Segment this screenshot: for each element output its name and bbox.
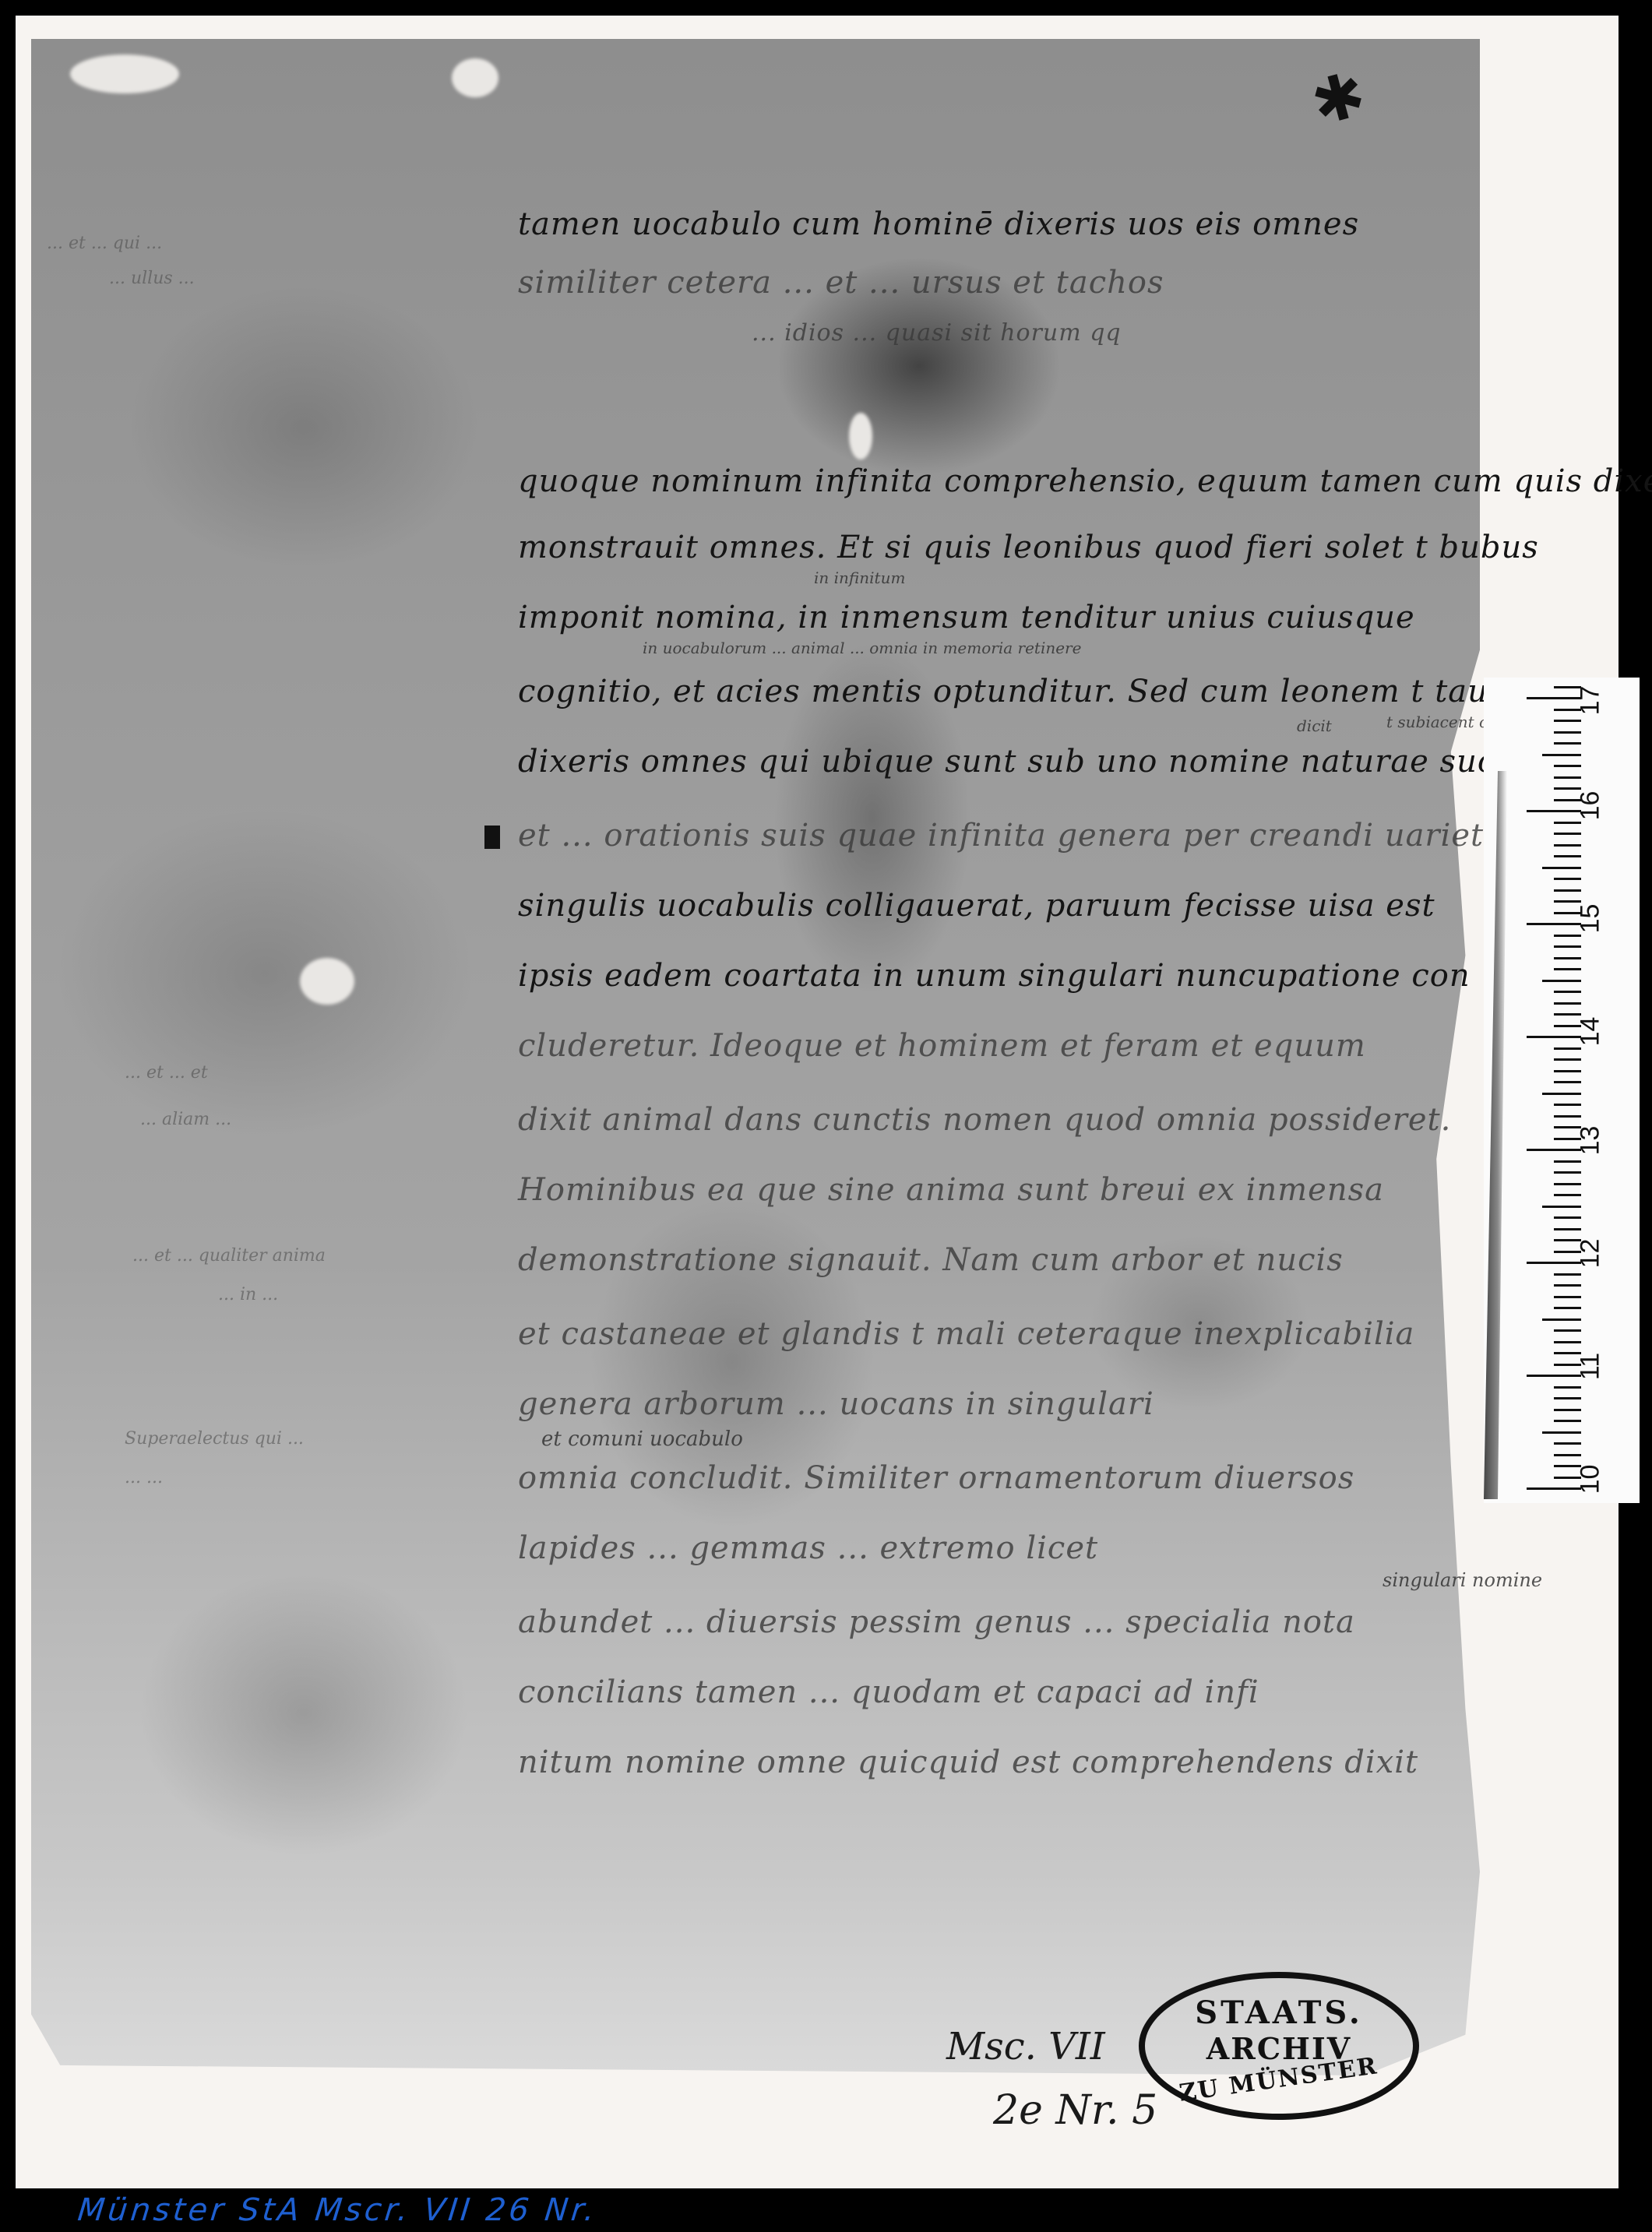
stamp-line-1: STAATS.: [1195, 1994, 1363, 2031]
text-line: demonstratione signauit. Nam cum arbor e…: [518, 1242, 1344, 1278]
ruler-tick: [1554, 1104, 1581, 1106]
ruler-tick: [1554, 1058, 1581, 1061]
ruler-tick: [1554, 1296, 1581, 1298]
ruler-tick: [1542, 980, 1581, 982]
ruler-tick: [1554, 1183, 1581, 1185]
ruler-tick: [1554, 968, 1581, 970]
interlinear-gloss: singulari nomine: [1383, 1569, 1542, 1591]
ruler-tick: [1527, 1262, 1581, 1264]
ruler-tick: [1554, 1160, 1581, 1163]
ruler-tick: [1554, 1216, 1581, 1219]
ruler-tick: [1542, 754, 1581, 756]
ruler-tick: [1527, 1487, 1581, 1490]
ruler-tick: [1554, 991, 1581, 993]
ruler-tick: [1554, 742, 1581, 745]
ruler-label: 10: [1576, 1456, 1606, 1503]
ruler-tick: [1554, 889, 1581, 892]
ruler-tick: [1554, 1273, 1581, 1276]
text-line: Hominibus ea que sine anima sunt breui e…: [518, 1172, 1384, 1208]
ruler-tick: [1554, 912, 1581, 914]
parchment-hole: [300, 958, 354, 1005]
ruler-tick: [1554, 1477, 1581, 1479]
ruler-tick: [1554, 1081, 1581, 1083]
ruler-tick: [1554, 1284, 1581, 1287]
ruler-tick: [1554, 1442, 1581, 1445]
text-line: quoque nominum infinita comprehensio, eq…: [518, 463, 1652, 499]
ruler-tick: [1527, 923, 1581, 925]
shelfmark-line-2: 2e Nr. 5: [993, 2087, 1157, 2134]
ruler-label: 13: [1576, 1118, 1606, 1164]
ruler-tick: [1554, 878, 1581, 880]
ruler-tick: [1554, 1228, 1581, 1230]
parchment-hole: [452, 58, 498, 97]
margin-gloss: ... aliam ...: [140, 1110, 231, 1129]
ruler-tick: [1554, 900, 1581, 903]
ruler-tick: [1554, 855, 1581, 857]
ruler-tick: [1542, 1093, 1581, 1095]
interlinear-gloss: et comuni uocabulo: [541, 1428, 743, 1451]
margin-gloss: Superaelectus qui ...: [125, 1429, 304, 1449]
archive-stamp: STAATS. ARCHIV ZU MÜNSTER: [1139, 1972, 1419, 2120]
ruler-tick: [1554, 709, 1581, 711]
ruler-tick: [1554, 833, 1581, 835]
text-line: nitum nomine omne quicquid est comprehen…: [518, 1744, 1418, 1780]
ruler-tick: [1554, 1013, 1581, 1016]
text-line: lapides ... gemmas ... extremo licet: [518, 1530, 1098, 1566]
ruler-label: 12: [1576, 1230, 1606, 1277]
ruler-label: 11: [1576, 1343, 1606, 1390]
ruler-tick: [1527, 810, 1581, 812]
ruler-tick: [1542, 1318, 1581, 1321]
ruler-tick: [1554, 1171, 1581, 1174]
margin-gloss: ... et ... qui ...: [47, 234, 162, 253]
margin-gloss: ... et ... qualiter anima: [132, 1246, 326, 1266]
ruler-tick: [1554, 1329, 1581, 1332]
interlinear-gloss: dicit: [1297, 716, 1332, 735]
text-line: cluderetur. Ideoque et hominem et feram …: [518, 1028, 1366, 1064]
paragraph-mark: [484, 826, 500, 849]
ruler-tick: [1554, 776, 1581, 779]
ruler-tick: [1554, 935, 1581, 937]
margin-gloss: ... et ... et: [125, 1063, 208, 1083]
ruler-tick: [1542, 1431, 1581, 1434]
text-line: dixeris omnes qui ubique sunt sub uno no…: [518, 744, 1601, 780]
interlinear-gloss: in uocabulorum ... animal ... omnia in m…: [643, 639, 1081, 657]
ruler-tick: [1554, 1397, 1581, 1399]
ruler-tick: [1554, 1251, 1581, 1253]
ruler-tick: [1554, 1194, 1581, 1196]
text-line: ipsis eadem coartata in unum singulari n…: [518, 958, 1471, 994]
text-line: cognitio, et acies mentis optunditur. Se…: [518, 674, 1555, 709]
text-line: similiter cetera ... et ... ursus et tac…: [518, 265, 1164, 301]
handwritten-caption: Münster StA Mscr. VII 26 Nr.: [76, 2192, 600, 2228]
text-line: genera arborum ... uocans in singulari: [518, 1386, 1154, 1422]
ruler-tick: [1554, 844, 1581, 847]
ruler-tick: [1554, 1126, 1581, 1128]
ruler-label: 17: [1576, 678, 1606, 724]
ruler-tick: [1554, 1352, 1581, 1354]
text-line: et ... orationis suis quae infinita gene…: [518, 818, 1536, 854]
ruler-tick: [1554, 1138, 1581, 1140]
margin-gloss: ... ullus ...: [109, 269, 195, 288]
text-line: dixit animal dans cunctis nomen quod omn…: [518, 1102, 1451, 1138]
margin-gloss: ... ...: [125, 1468, 163, 1487]
ruler-tick: [1554, 1364, 1581, 1366]
ruler-tick: [1554, 765, 1581, 767]
ruler-tick: [1554, 957, 1581, 959]
ruler-tick: [1554, 1047, 1581, 1050]
interlinear-gloss: in infinitum: [814, 569, 905, 587]
shelfmark-line-1: Msc. VII: [946, 2025, 1105, 2068]
ruler-tick: [1554, 731, 1581, 734]
ruler-tick: [1554, 1420, 1581, 1422]
text-line: omnia concludit. Similiter ornamentorum …: [518, 1460, 1354, 1496]
text-line: concilians tamen ... quodam et capaci ad…: [518, 1674, 1259, 1710]
ruler-tick: [1554, 720, 1581, 722]
ruler-ticks: 10 11 12 13 14 15 16 17: [1511, 685, 1604, 1495]
ruler-tick: [1554, 1454, 1581, 1456]
text-line: abundet ... diuersis pessim genus ... sp…: [518, 1604, 1355, 1640]
ruler-tick: [1527, 1036, 1581, 1038]
ruler-tick: [1554, 1002, 1581, 1005]
ruler-tick: [1527, 697, 1581, 699]
ruler-tick: [1554, 1115, 1581, 1118]
text-line: ... idios ... quasi sit horum qq: [752, 319, 1122, 347]
text-line: monstrauit omnes. Et si quis leonibus qu…: [518, 530, 1539, 565]
ruler-tick: [1527, 1149, 1581, 1151]
ruler-tick: [1554, 1386, 1581, 1389]
ruler-tick: [1554, 822, 1581, 824]
ruler-tick: [1554, 799, 1581, 801]
ruler-tick: [1554, 686, 1581, 688]
ruler-tick: [1554, 1025, 1581, 1027]
ruler-tick: [1554, 1341, 1581, 1343]
parchment-hole: [849, 413, 872, 459]
ruler-tick: [1554, 1307, 1581, 1309]
ruler-tick: [1542, 867, 1581, 869]
text-line: tamen uocabulo cum hominē dixeris uos ei…: [518, 206, 1359, 242]
ruler-tick: [1554, 1465, 1581, 1467]
ruler-tick: [1527, 1375, 1581, 1377]
parchment-hole: [70, 55, 179, 93]
text-line: et castaneae et glandis t mali ceteraque…: [518, 1316, 1414, 1352]
ruler-tick: [1554, 1409, 1581, 1411]
margin-gloss: ... in ...: [218, 1285, 278, 1304]
ruler-tick: [1554, 945, 1581, 948]
ruler-tick: [1554, 787, 1581, 790]
ruler-tick: [1554, 1070, 1581, 1072]
ruler-tick: [1554, 1239, 1581, 1241]
text-line: imponit nomina, in inmensum tenditur uni…: [518, 600, 1415, 635]
text-line: singulis uocabulis colligauerat, paruum …: [518, 888, 1435, 924]
ruler-tick: [1542, 1206, 1581, 1208]
